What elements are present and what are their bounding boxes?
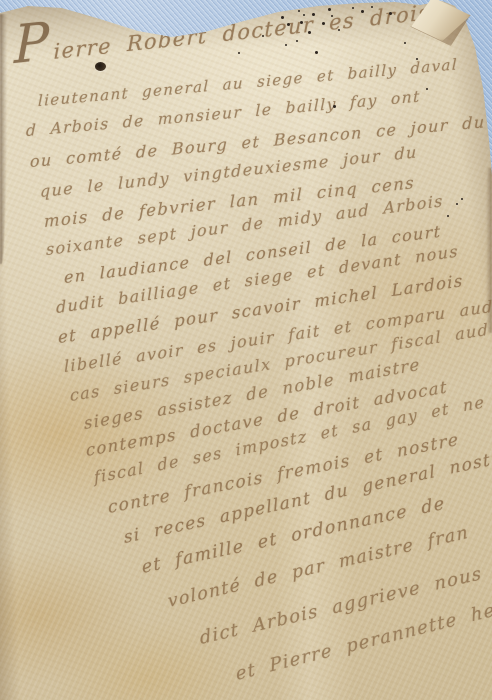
ink-speckle — [287, 23, 290, 26]
ink-speckle — [328, 8, 331, 11]
ink-speckle — [298, 10, 300, 12]
ink-speckle — [312, 13, 315, 16]
ink-speckle — [322, 22, 325, 25]
ink-speckle — [333, 105, 336, 108]
ink-speckle — [461, 198, 463, 200]
ink-speckle — [308, 31, 311, 34]
ink-speckle — [361, 10, 364, 13]
photo-scene: Pierre Robert docteur es droislieutenant… — [0, 0, 492, 700]
ink-speckle — [456, 203, 458, 205]
ink-speckle — [238, 52, 240, 54]
ink-speckle — [315, 51, 318, 54]
ink-speckle — [281, 16, 284, 19]
ink-speckle — [331, 15, 333, 17]
ink-speckle — [371, 6, 373, 8]
parchment-sheet: Pierre Robert docteur es droislieutenant… — [0, 0, 492, 700]
ink-speckle — [300, 21, 303, 24]
ink-speckle — [404, 42, 406, 44]
ink-speckle — [296, 40, 298, 42]
ink-speckle — [352, 7, 354, 9]
ink-speckle — [426, 88, 428, 90]
manuscript-text-block: Pierre Robert docteur es droislieutenant… — [0, 0, 492, 700]
ink-speckle — [285, 44, 287, 46]
ink-speckle — [389, 12, 392, 15]
ink-speckle — [447, 215, 449, 217]
ink-speckle — [338, 29, 340, 31]
ink-speckle — [303, 14, 305, 16]
wormhole — [95, 62, 106, 71]
ink-speckle — [416, 58, 418, 60]
ink-speckle — [262, 35, 264, 37]
